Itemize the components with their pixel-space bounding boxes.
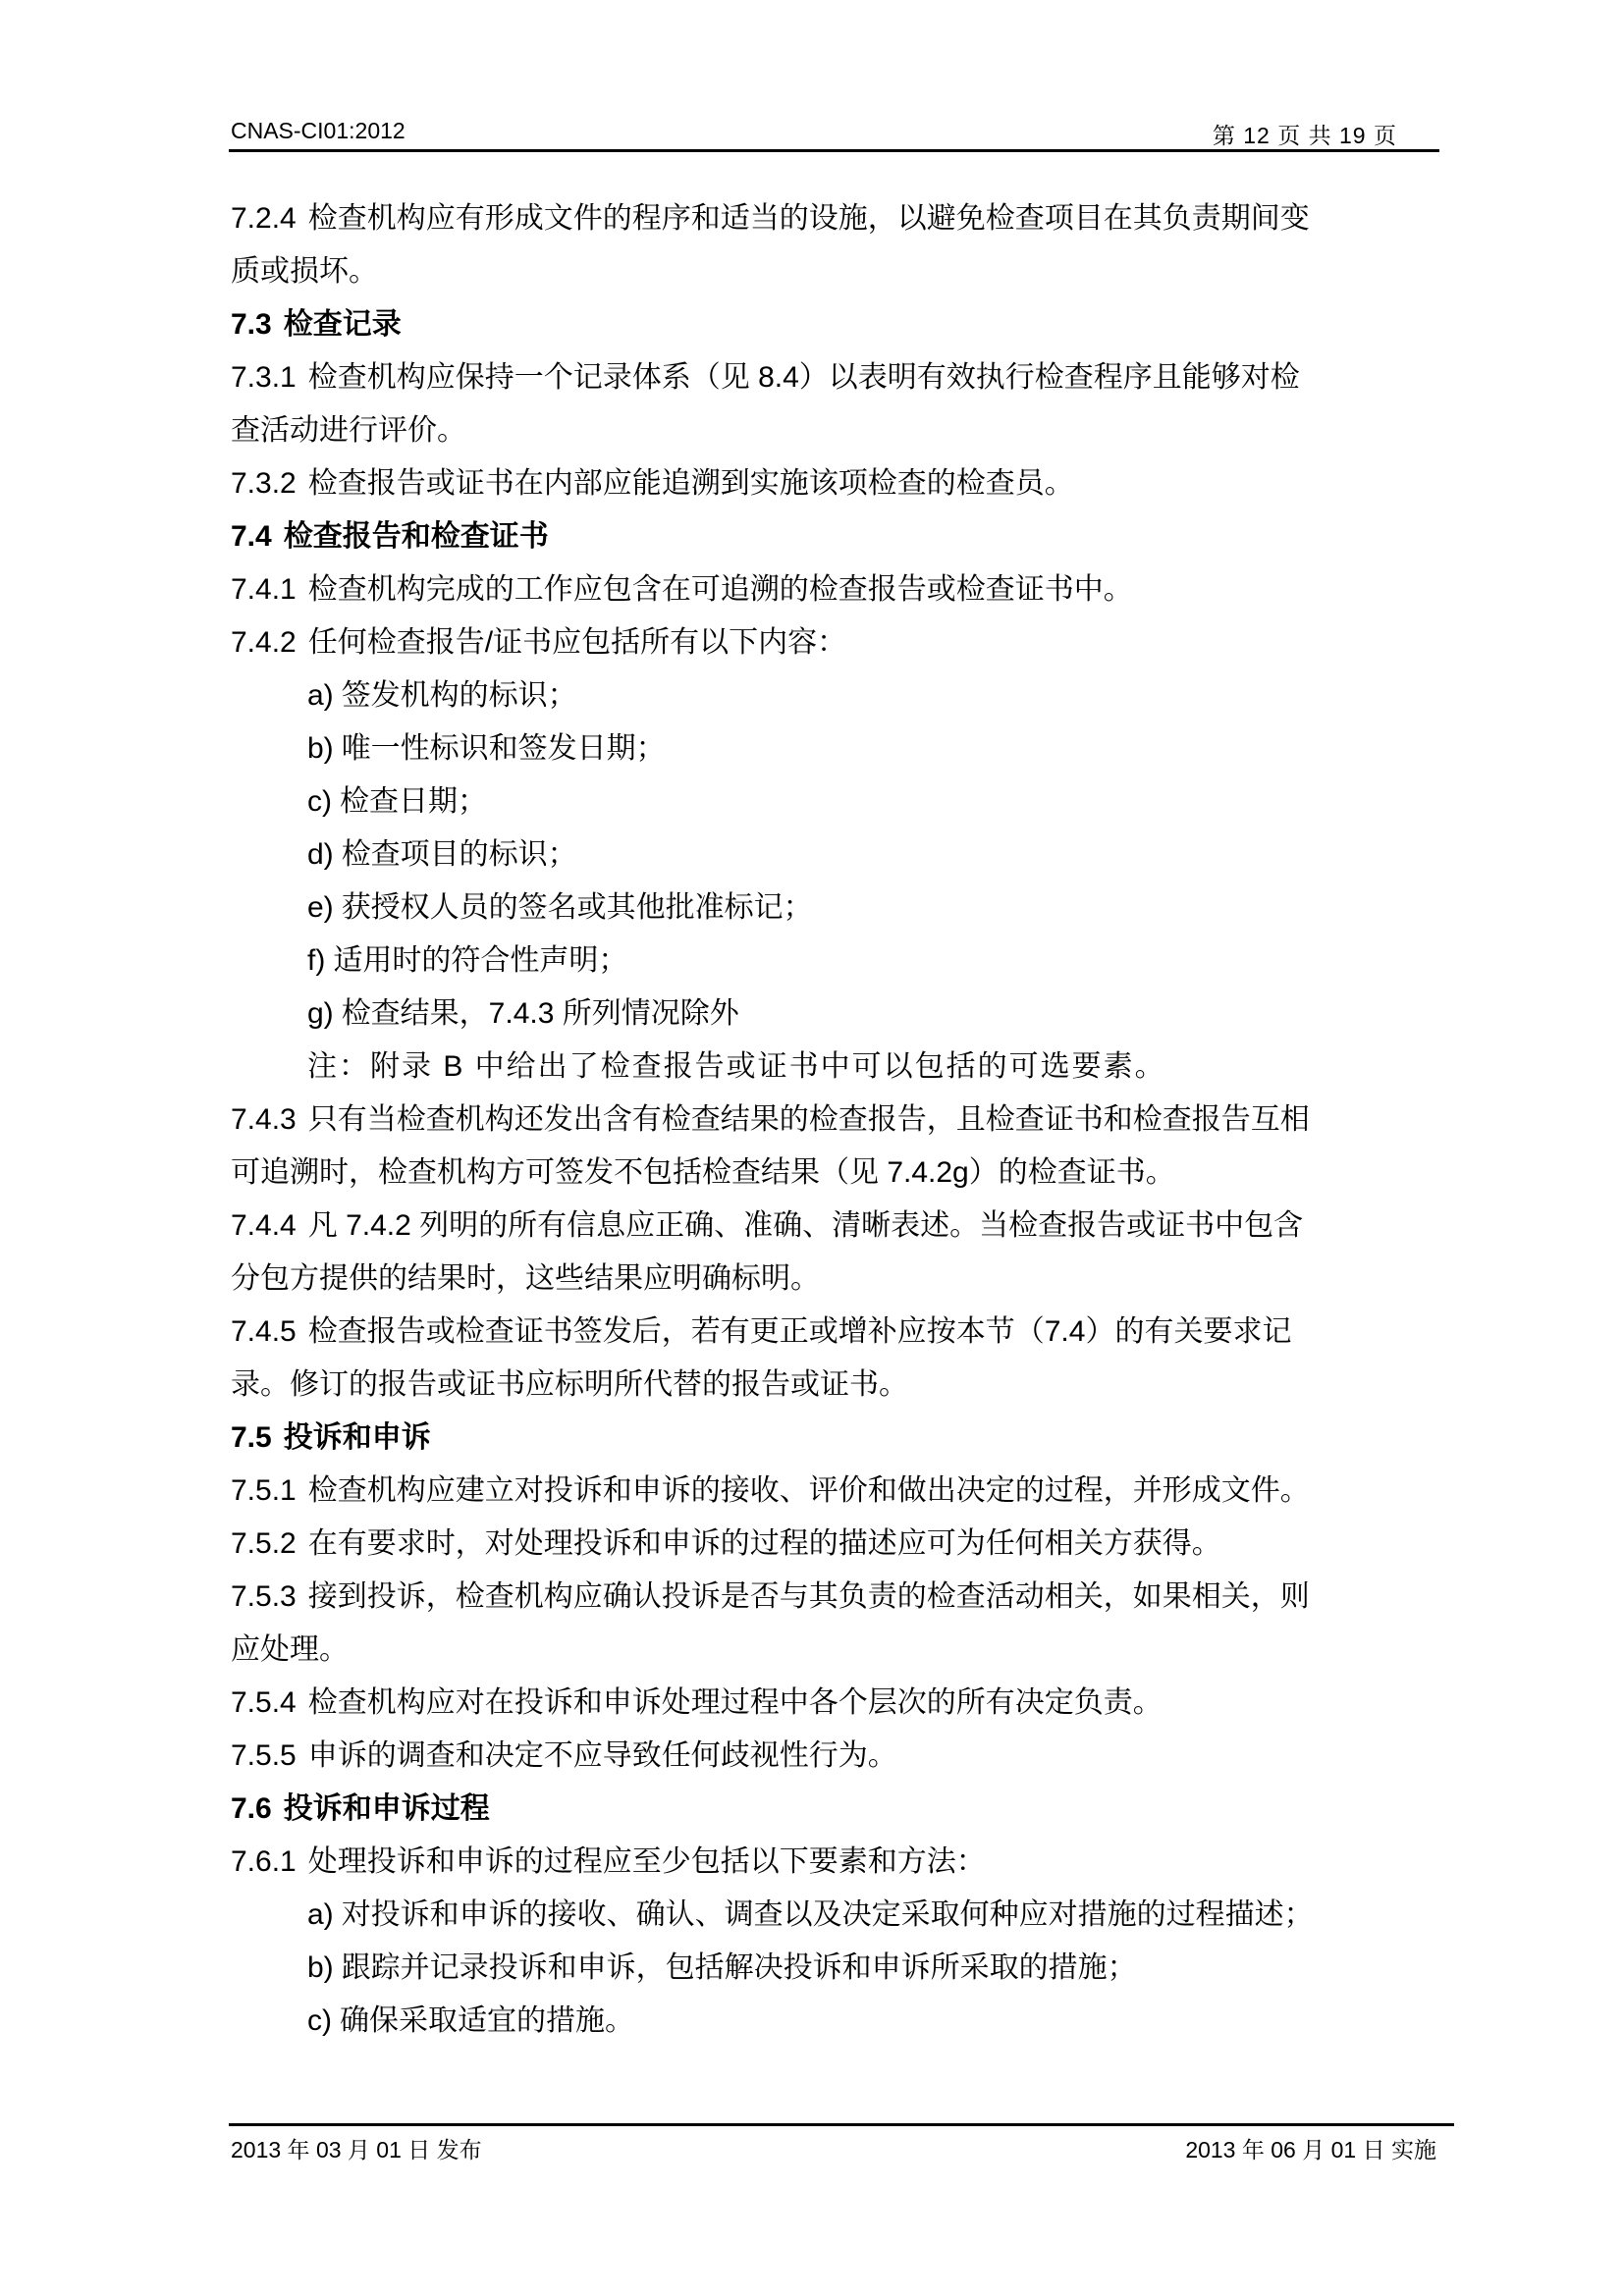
page-number-indicator: 第 12 页 共 19 页 [1213, 118, 1397, 150]
list-item: d)检查项目的标识； [231, 828, 1440, 881]
footer-divider [229, 2123, 1454, 2126]
clause-7-6-1: 7.6.1处理投诉和申诉的过程应至少包括以下要素和方法： [231, 1836, 1440, 1889]
clause-7-5-1: 7.5.1检查机构应建立对投诉和申诉的接收、评价和做出决定的过程，并形成文件。 [231, 1465, 1440, 1518]
clause-7-4-2: 7.4.2任何检查报告/证书应包括所有以下内容： [231, 616, 1440, 669]
clause-7-5-3-cont: 应处理。 [231, 1624, 1440, 1677]
clause-7-4-5-cont: 录。修订的报告或证书应标明所代替的报告或证书。 [231, 1359, 1440, 1412]
section-heading-7-6: 7.6投诉和申诉过程 [231, 1783, 1440, 1836]
list-item: c)检查日期； [231, 775, 1440, 828]
clause-7-5-5: 7.5.5申诉的调查和决定不应导致任何歧视性行为。 [231, 1730, 1440, 1783]
document-body: 7.2.4检查机构应有形成文件的程序和适当的设施，以避免检查项目在其负责期间变 … [231, 192, 1440, 2048]
section-heading-7-5: 7.5投诉和申诉 [231, 1412, 1440, 1465]
list-item: a)对投诉和申诉的接收、确认、调查以及决定采取何种应对措施的过程描述； [231, 1889, 1440, 1942]
clause-7-2-4: 7.2.4检查机构应有形成文件的程序和适当的设施，以避免检查项目在其负责期间变 [231, 192, 1440, 245]
page-header: CNAS-CI01:2012 第 12 页 共 19 页 [229, 110, 1436, 149]
clause-7-2-4-cont: 质或损坏。 [231, 245, 1440, 298]
clause-7-4-3: 7.4.3只有当检查机构还发出含有检查结果的检查报告，且检查证书和检查报告互相 [231, 1094, 1440, 1147]
section-heading-7-4: 7.4检查报告和检查证书 [231, 510, 1440, 563]
clause-7-4-5: 7.4.5检查报告或检查证书签发后，若有更正或增补应按本节（7.4）的有关要求记 [231, 1306, 1440, 1359]
clause-7-4-3-cont: 可追溯时，检查机构方可签发不包括检查结果（见 7.4.2g）的检查证书。 [231, 1147, 1440, 1200]
clause-7-4-1: 7.4.1检查机构完成的工作应包含在可追溯的检查报告或检查证书中。 [231, 563, 1440, 616]
clause-7-3-2: 7.3.2检查报告或证书在内部应能追溯到实施该项检查的检查员。 [231, 457, 1440, 510]
effective-date: 2013 年 06 月 01 日 实施 [1185, 2132, 1436, 2164]
note: 注：附录 B 中给出了检查报告或证书中可以包括的可选要素。 [231, 1041, 1440, 1094]
list-item: c)确保采取适宜的措施。 [231, 1995, 1440, 2048]
clause-7-5-2: 7.5.2在有要求时，对处理投诉和申诉的过程的描述应可为任何相关方获得。 [231, 1518, 1440, 1571]
clause-7-3-1: 7.3.1检查机构应保持一个记录体系（见 8.4）以表明有效执行检查程序且能够对… [231, 351, 1440, 404]
clause-7-3-1-cont: 查活动进行评价。 [231, 404, 1440, 457]
clause-7-5-4: 7.5.4检查机构应对在投诉和申诉处理过程中各个层次的所有决定负责。 [231, 1677, 1440, 1730]
document-code: CNAS-CI01:2012 [231, 118, 406, 144]
list-item: b)唯一性标识和签发日期； [231, 722, 1440, 775]
list-item: e)获授权人员的签名或其他批准标记； [231, 881, 1440, 934]
header-divider [229, 149, 1439, 152]
publish-date: 2013 年 03 月 01 日 发布 [231, 2132, 482, 2164]
list-item: f)适用时的符合性声明； [231, 934, 1440, 988]
list-item: g)检查结果，7.4.3 所列情况除外 [231, 988, 1440, 1041]
section-heading-7-3: 7.3检查记录 [231, 298, 1440, 351]
clause-7-4-4-cont: 分包方提供的结果时，这些结果应明确标明。 [231, 1253, 1440, 1306]
clause-7-5-3: 7.5.3接到投诉，检查机构应确认投诉是否与其负责的检查活动相关，如果相关，则 [231, 1571, 1440, 1624]
list-item: b)跟踪并记录投诉和申诉，包括解决投诉和申诉所采取的措施； [231, 1942, 1440, 1995]
list-item: a)签发机构的标识； [231, 669, 1440, 722]
clause-7-4-4: 7.4.4凡 7.4.2 列明的所有信息应正确、准确、清晰表述。当检查报告或证书… [231, 1200, 1440, 1253]
